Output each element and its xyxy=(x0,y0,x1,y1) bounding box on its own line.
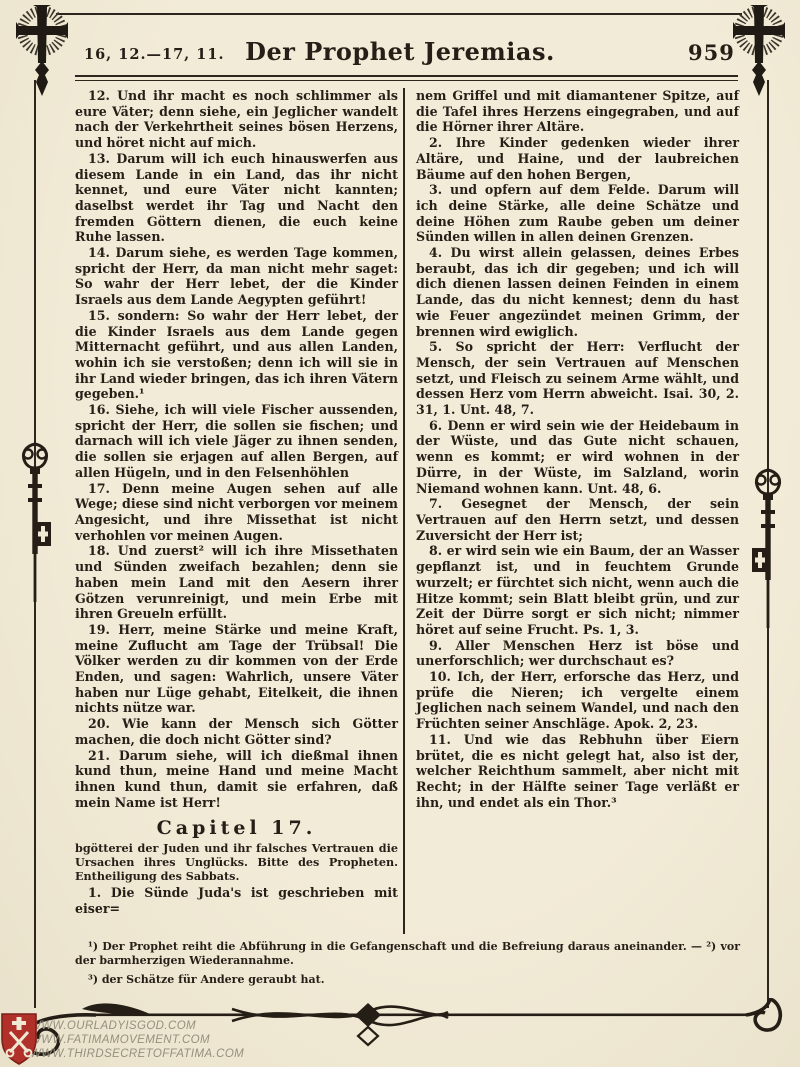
watermark-block: WWW.OURLADYISGOD.COM WWW.FATIMAMOVEMENT.… xyxy=(30,1019,244,1061)
verse-paragraph: 19. Herr, meine Stärke und meine Kraft, … xyxy=(75,622,398,716)
verse-paragraph: 1. Die Sünde Juda's ist geschrieben mit … xyxy=(75,885,398,916)
verse-paragraph: 20. Wie kann der Mensch sich Götter mach… xyxy=(75,716,398,747)
footnote: ¹) Der Prophet reiht die Abführung in di… xyxy=(75,940,740,968)
verse-paragraph: 10. Ich, der Herr, erforsche das Herz, u… xyxy=(416,669,739,732)
verse-paragraph: 15. sondern: So wahr der Herr lebet, der… xyxy=(75,308,398,402)
verse-paragraph: 16. Siehe, ich will viele Fischer aussen… xyxy=(75,402,398,481)
chapter-heading: Capitel 17. xyxy=(75,817,398,839)
left-column: 12. Und ihr macht es noch schlimmer als … xyxy=(75,88,398,917)
verse-paragraph: 4. Du wirst allein gelassen, deines Erbe… xyxy=(416,245,739,339)
footnotes-block: ¹) Der Prophet reiht die Abführung in di… xyxy=(75,940,740,992)
verse-paragraph: 21. Darum siehe, will ich dießmal ihnen … xyxy=(75,748,398,811)
verse-paragraph: 5. So spricht der Herr: Verflucht der Me… xyxy=(416,339,739,418)
key-ornament-icon xyxy=(17,442,53,602)
verse-paragraph: 3. und opfern auf dem Felde. Darum will … xyxy=(416,182,739,245)
verse-paragraph: nem Griffel und mit diamantener Spitze, … xyxy=(416,88,739,135)
verse-paragraph: 9. Aller Menschen Herz ist böse und uner… xyxy=(416,638,739,669)
verse-paragraph: 8. er wird sein wie ein Baum, der an Was… xyxy=(416,543,739,637)
verse-paragraph: 11. Und wie das Rebhuhn über Eiern brüte… xyxy=(416,732,739,811)
header-double-rule xyxy=(75,75,738,81)
verse-paragraph: 6. Denn er wird sein wie der Heidebaum i… xyxy=(416,418,739,497)
watermark-url: WWW.FATIMAMOVEMENT.COM xyxy=(30,1033,244,1047)
watermark-url: WWW.OURLADYISGOD.COM xyxy=(30,1019,244,1033)
watermark-url: WWW.THIRDSECRETOFFATIMA.COM xyxy=(30,1047,244,1061)
verse-paragraph: 7. Gesegnet der Mensch, der sein Vertrau… xyxy=(416,496,739,543)
shield-logo-icon xyxy=(0,1012,38,1067)
footnote: ³) der Schätze für Andere geraubt hat. xyxy=(75,973,740,987)
verse-paragraph: 17. Denn meine Augen sehen auf alle Wege… xyxy=(75,481,398,544)
verse-paragraph: 14. Darum siehe, es werden Tage kommen, … xyxy=(75,245,398,308)
chapter-summary: bgötterei der Juden und ihr falsches Ver… xyxy=(75,842,398,883)
right-column: nem Griffel und mit diamantener Spitze, … xyxy=(416,88,739,917)
verse-paragraph: 2. Ihre Kinder gedenken wieder ihrer Alt… xyxy=(416,135,739,182)
verse-paragraph: 13. Darum will ich euch hinauswerfen aus… xyxy=(75,151,398,245)
key-ornament-icon xyxy=(750,468,786,628)
page-title: Der Prophet Jeremias. xyxy=(0,37,800,66)
verse-paragraph: 12. Und ihr macht es noch schlimmer als … xyxy=(75,88,398,151)
text-columns: 12. Und ihr macht es noch schlimmer als … xyxy=(75,88,739,917)
top-border-rule xyxy=(56,13,742,15)
page-number: 959 xyxy=(688,40,742,65)
scanned-bible-page: 16, 12.—17, 11. Der Prophet Jeremias. 95… xyxy=(0,0,800,1067)
verse-paragraph: 18. Und zuerst² will ich ihre Missethate… xyxy=(75,543,398,622)
